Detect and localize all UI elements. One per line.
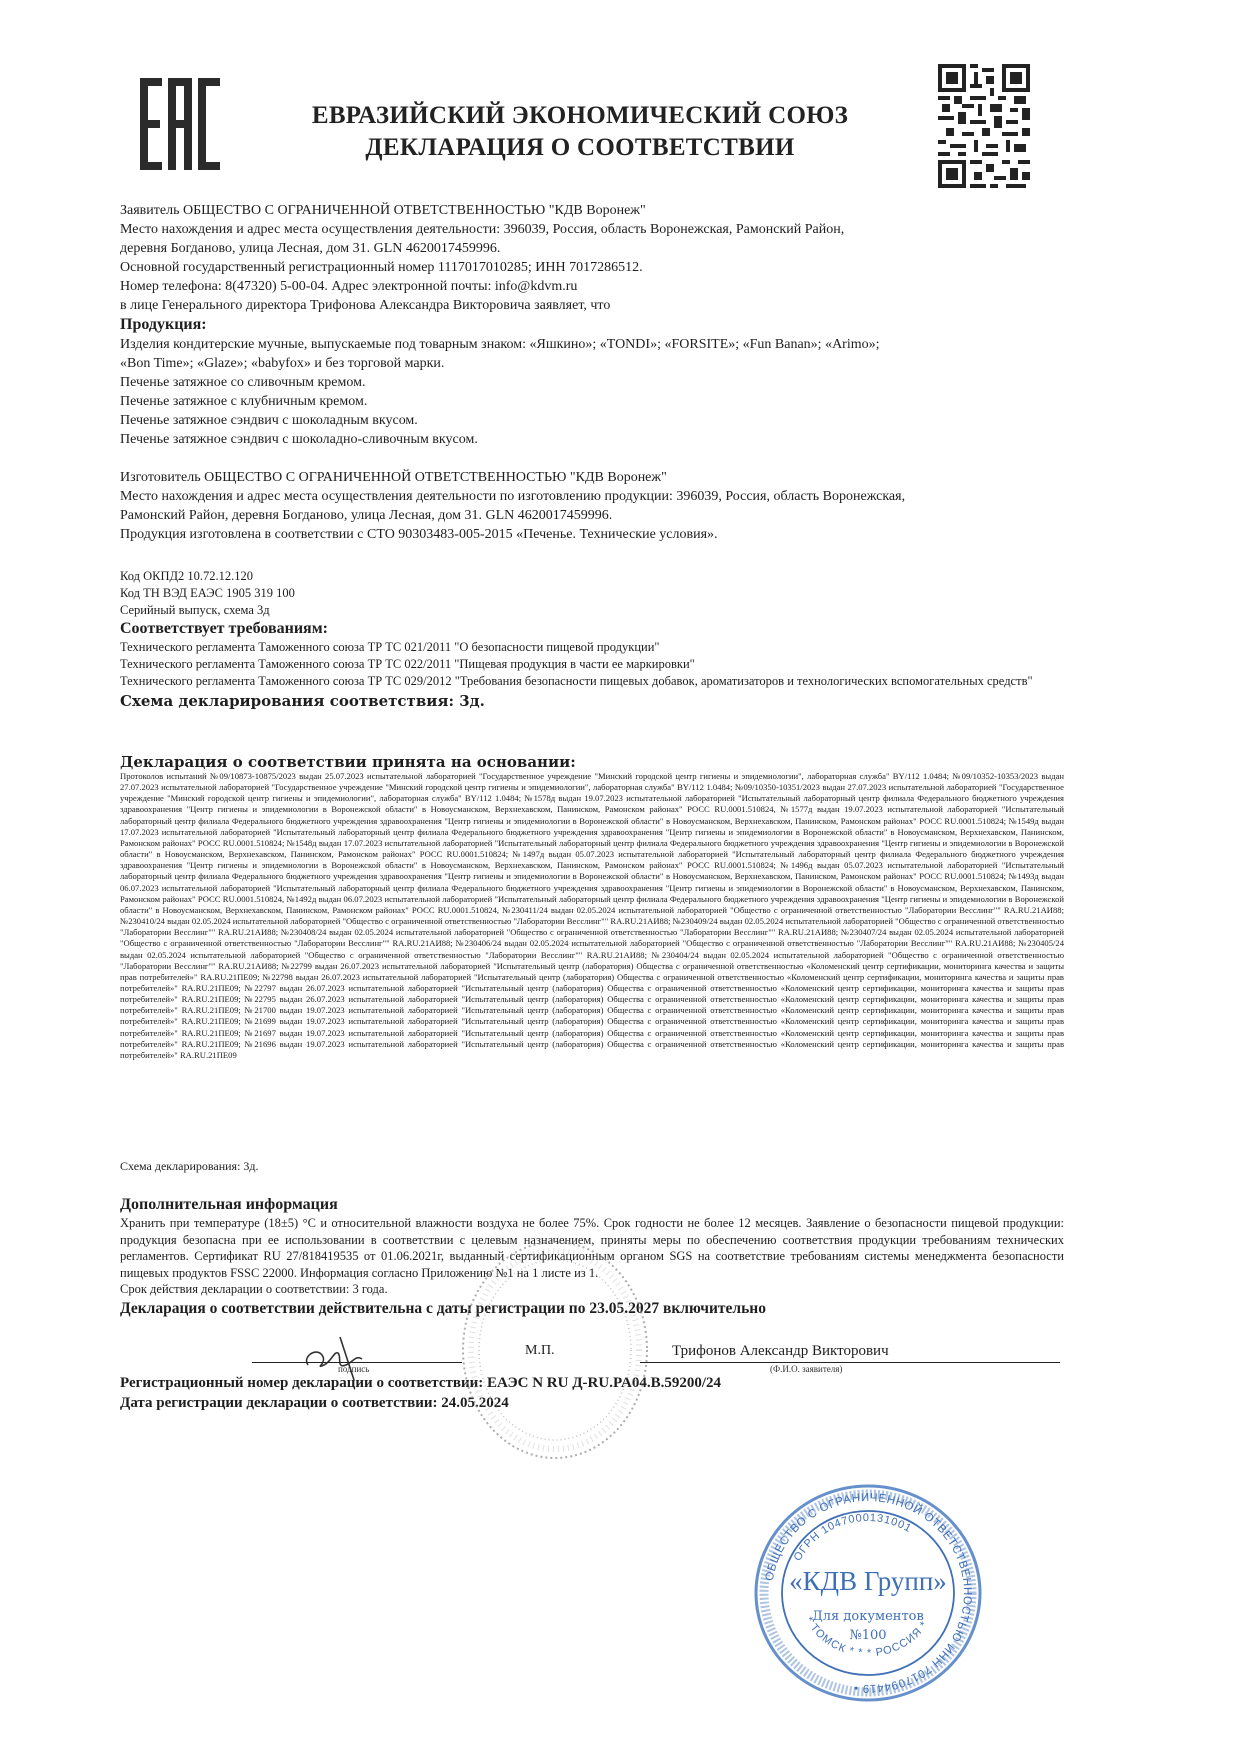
faint-seal-icon <box>455 1235 655 1465</box>
applicant-address: Место нахождения и адрес места осуществл… <box>120 220 1060 239</box>
okpd2-code: Код ОКПД2 10.72.12.120 <box>120 568 1060 585</box>
applicant-contacts: Номер телефона: 8(47320) 5-00-04. Адрес … <box>120 277 1060 296</box>
title-union: ЕВРАЗИЙСКИЙ ЭКОНОМИЧЕСКИЙ СОЮЗ <box>300 100 860 132</box>
manufacturer-name: Изготовитель ОБЩЕСТВО С ОГРАНИЧЕННОЙ ОТВ… <box>120 468 1060 487</box>
declaration-scheme: Схема декларирования соответствия: 3д. <box>120 691 1060 711</box>
manufacturer-section: Изготовитель ОБЩЕСТВО С ОГРАНИЧЕННОЙ ОТВ… <box>120 468 1060 544</box>
product-item: Печенье затяжное со сливочным кремом. <box>120 373 1060 392</box>
applicant-address-cont: деревня Богданово, улица Лесная, дом 31.… <box>120 239 1060 258</box>
qr-code-icon[interactable] <box>938 64 1030 188</box>
applicant-name: Заявитель ОБЩЕСТВО С ОГРАНИЧЕННОЙ ОТВЕТС… <box>120 201 1060 220</box>
products-description: Изделия кондитерские мучные, выпускаемые… <box>120 335 1060 354</box>
products-description-cont: «Bon Time»; «Glaze»; «babyfox» и без тор… <box>120 354 1060 373</box>
svg-text:Для документов: Для документов <box>812 1609 924 1624</box>
applicant-ogrn-inn: Основной государственный регистрационный… <box>120 258 1060 277</box>
manufacturer-standard: Продукция изготовлена в соответствии с С… <box>120 525 1060 544</box>
manufacturer-address-cont: Рамонский Район, деревня Богданово, улиц… <box>120 506 1060 525</box>
document-title: ЕВРАЗИЙСКИЙ ЭКОНОМИЧЕСКИЙ СОЮЗ ДЕКЛАРАЦИ… <box>300 100 860 164</box>
svg-text:«КДВ Групп»: «КДВ Групп» <box>789 1566 947 1596</box>
codes-section: Код ОКПД2 10.72.12.120 Код ТН ВЭД ЕАЭС 1… <box>120 568 1060 711</box>
requirement-item: Технического регламента Таможенного союз… <box>120 673 1050 690</box>
company-seal-icon: ОБЩЕСТВО С ОГРАНИЧЕННОЙ ОТВЕТСТВЕННОСТЬЮ… <box>752 1482 984 1704</box>
product-item: Печенье затяжное с клубничным кремом. <box>120 392 1060 411</box>
requirement-item: Технического регламента Таможенного союз… <box>120 656 1060 673</box>
signatory-name: Трифонов Александр Викторович <box>672 1342 1052 1361</box>
applicant-representative: в лице Генерального директора Трифонова … <box>120 296 1060 315</box>
manufacturer-address: Место нахождения и адрес места осуществл… <box>120 487 1060 506</box>
tn-ved-code: Код ТН ВЭД ЕАЭС 1905 319 100 <box>120 585 1060 602</box>
products-heading: Продукция: <box>120 315 1060 335</box>
eac-logo <box>140 78 220 168</box>
svg-text:№100: №100 <box>849 1628 886 1643</box>
requirement-item: Технического регламента Таможенного союз… <box>120 639 1060 656</box>
signature-line <box>252 1362 462 1363</box>
release-type: Серийный выпуск, схема 3д <box>120 602 1060 619</box>
declaration-page: ЕВРАЗИЙСКИЙ ЭКОНОМИЧЕСКИЙ СОЮЗ ДЕКЛАРАЦИ… <box>0 0 1240 1754</box>
product-item: Печенье затяжное сэндвич с шоколадным вк… <box>120 411 1060 430</box>
applicant-section: Заявитель ОБЩЕСТВО С ОГРАНИЧЕННОЙ ОТВЕТС… <box>120 201 1060 449</box>
requirements-heading: Соответствует требованиям: <box>120 619 1060 639</box>
basis-heading: Декларация о соответствии принята на осн… <box>120 752 1060 772</box>
additional-heading: Дополнительная информация <box>120 1195 1064 1215</box>
eac-mark-icon <box>140 78 220 170</box>
basis-text: Протоколов испытаний №09/10873-10875/202… <box>120 771 1064 1060</box>
title-declaration: ДЕКЛАРАЦИЯ О СООТВЕТСТВИИ <box>300 132 860 164</box>
basis-scheme: Схема декларирования: 3д. <box>120 1157 1060 1176</box>
product-item: Печенье затяжное сэндвич с шоколадно-сли… <box>120 430 1060 449</box>
basis-protocols: Протоколов испытаний №09/10873-10875/202… <box>120 771 1064 1061</box>
name-line <box>640 1362 1060 1363</box>
